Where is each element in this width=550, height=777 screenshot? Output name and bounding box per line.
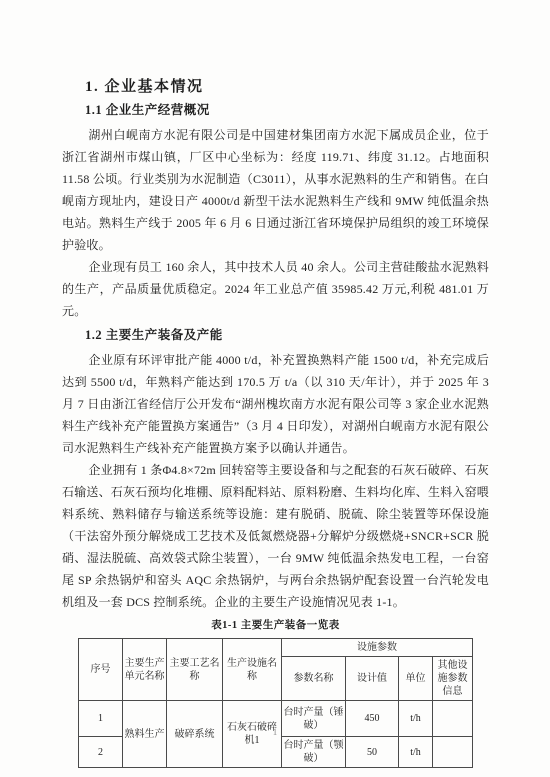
col-header-uom: 单位: [399, 657, 433, 701]
paragraph-equipment: 企业拥有 1 条Φ4.8×72m 回转窑等主要设备和与之配套的石灰石破碎、石灰石…: [62, 459, 489, 613]
col-header-facility: 生产设施名称: [223, 639, 282, 701]
paragraph-company-overview: 湖州白岘南方水泥有限公司是中国建材集团南方水泥下属成员企业，位于浙江省湖州市煤山…: [62, 124, 489, 256]
cell-param: 台时产量（颚破）: [282, 737, 346, 768]
paragraph-capacity: 企业原有环评审批产能 4000 t/d，补充置换熟料产能 1500 t/d，补充…: [62, 349, 489, 459]
cell-design-value: 50: [346, 737, 399, 768]
col-header-param-name: 参数名称: [282, 657, 346, 701]
col-header-seq: 序号: [79, 639, 123, 701]
section-heading-1-1: 1.1 企业生产经营概况: [85, 99, 489, 121]
col-header-process: 主要工艺名称: [167, 639, 223, 701]
col-header-params-group: 设施参数: [282, 639, 473, 657]
cell-uom: t/h: [399, 737, 433, 768]
cell-seq: 2: [79, 737, 123, 768]
paragraph-staff-output: 企业现有员工 160 余人，其中技术人员 40 余人。公司主营硅酸盐水泥熟料的生…: [62, 256, 489, 322]
document-page: 1. 企业基本情况 1.1 企业生产经营概况 湖州白岘南方水泥有限公司是中国建材…: [0, 0, 550, 777]
production-equipment-table: 序号 主要生产单元名称 主要工艺名称 生产设施名称 设施参数 参数名称 设计值 …: [78, 638, 473, 768]
col-header-unit: 主要生产单元名称: [123, 639, 167, 701]
section-heading-1: 1. 企业基本情况: [85, 76, 489, 98]
page-number: 1: [0, 727, 550, 737]
col-header-design-value: 设计值: [346, 657, 399, 701]
cell-other: [433, 737, 473, 768]
table-caption: 表1-1 主要生产装备一览表: [62, 616, 489, 636]
col-header-other: 其他设施参数信息: [433, 657, 473, 701]
section-heading-1-2: 1.2 主要生产装备及产能: [85, 324, 489, 346]
